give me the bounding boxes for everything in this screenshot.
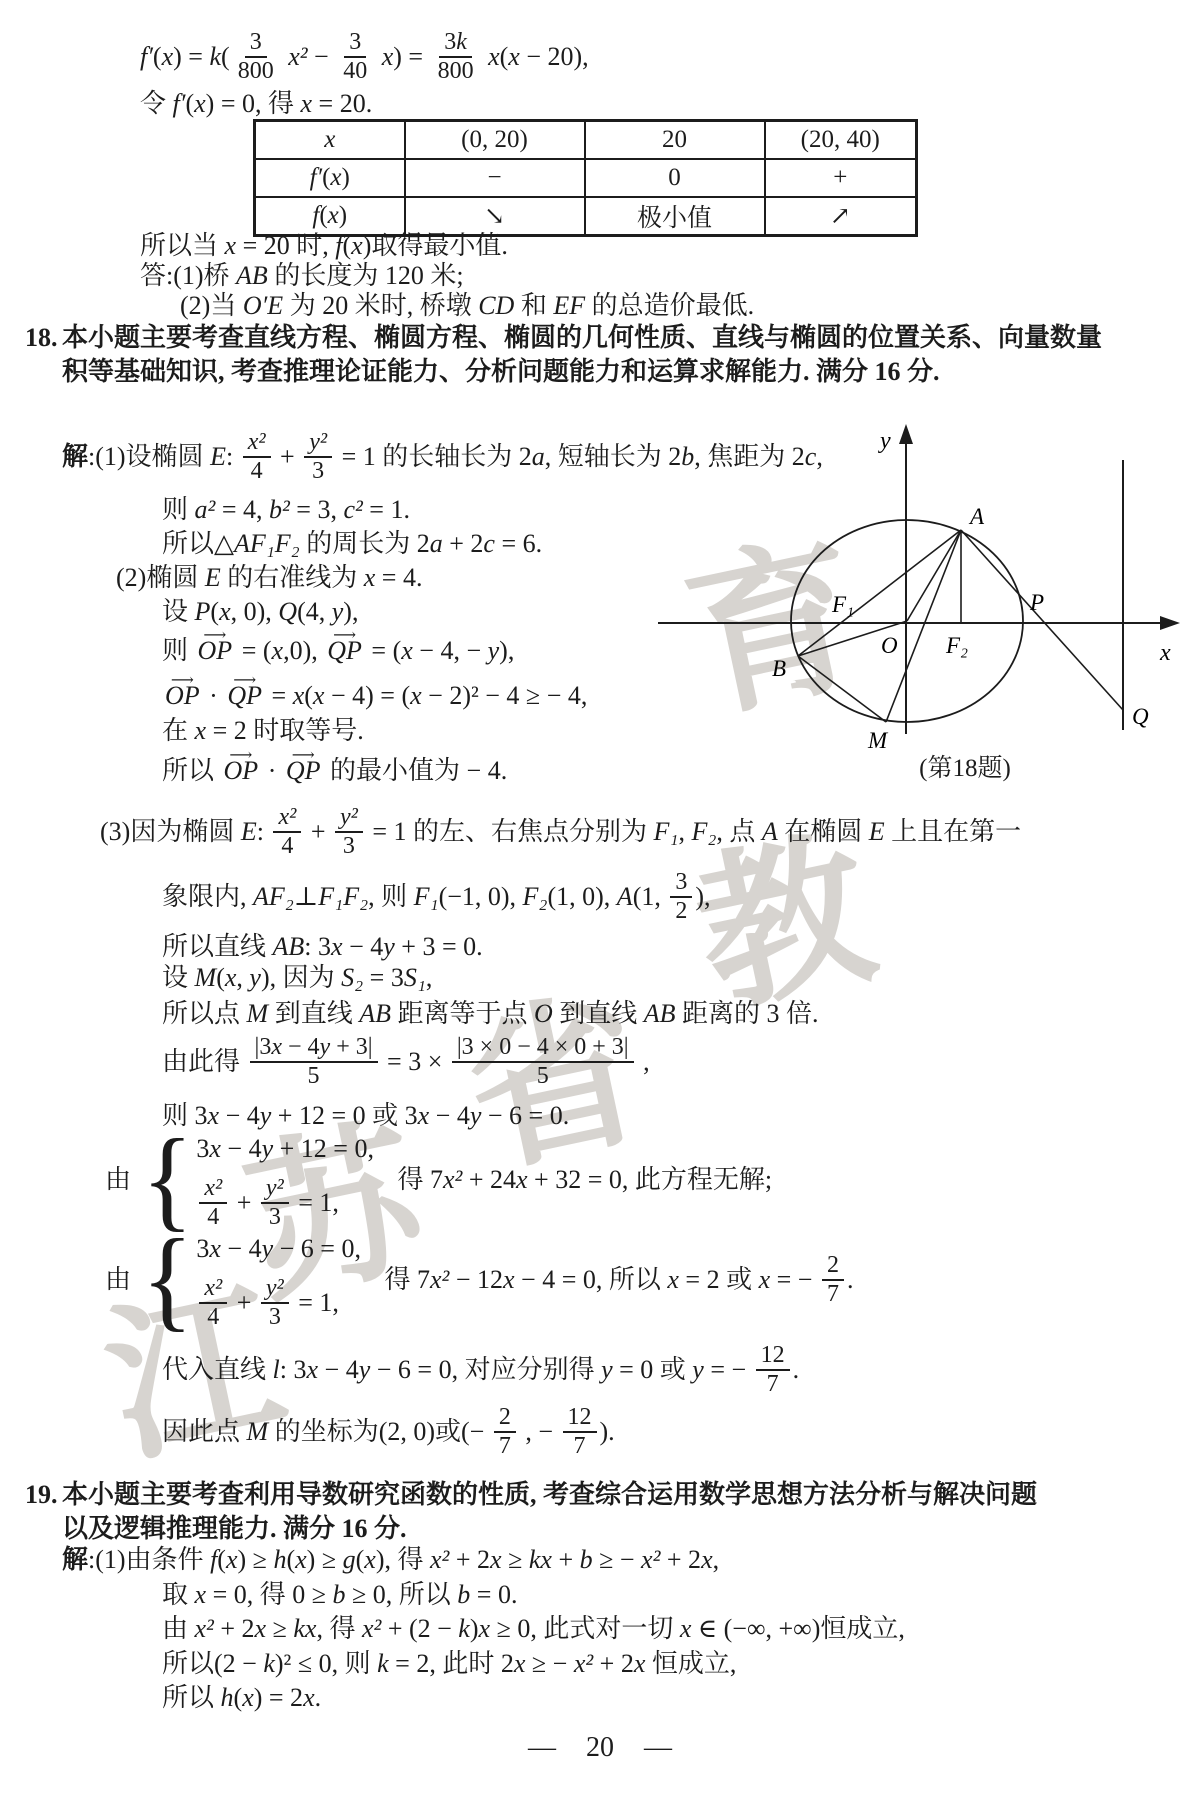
math-text: 象限内, AF₂⊥F₁F₂, 则 F₁(−1, 0), F₂(1, 0), A(… <box>162 877 667 917</box>
math-text: 所以 h(x) = 2x. <box>162 1678 321 1718</box>
math-fraction: x²4 <box>199 1275 227 1331</box>
math-text: 在 x = 2 时取等号. <box>162 711 364 751</box>
solution-line: 设 P(x, 0), Q(4, y), <box>162 592 358 632</box>
math-text: 由 <box>105 1260 138 1300</box>
math-fraction: |3x − 4y + 3|5 <box>250 1034 378 1090</box>
math-text: :(1)由条件 f(x) ≥ h(x) ≥ g(x), 得 x² + 2x ≥ … <box>88 1540 719 1580</box>
math-fraction: 127 <box>563 1404 597 1460</box>
x-axis-label: x <box>1159 640 1171 666</box>
math-cases: {3x − 4y + 12 = 0,x²4 + y²3 = 1, <box>142 1129 374 1231</box>
table-cell: − <box>405 159 585 197</box>
math-fraction: 340 <box>338 29 372 85</box>
table-cell: 20 <box>585 121 765 160</box>
math-fraction: |3 × 0 − 4 × 0 + 3|5 <box>452 1034 634 1090</box>
footer-dash: — <box>644 1732 672 1764</box>
derivative-formula-line: f′(x) = k(3800 x² − 340 x) = 3k800 x(x −… <box>140 26 589 88</box>
math-fraction: y²3 <box>335 804 363 860</box>
intro-text: 以及逻辑推理能力. 满分 16 分. <box>62 1514 407 1543</box>
math-text: 0 <box>668 164 681 191</box>
solution-line: 因此点 M 的坐标为(2, 0)或(− 27 , − 127). <box>162 1404 615 1460</box>
math-fraction: 3800 <box>233 29 279 85</box>
math-text: x) = <box>375 37 429 77</box>
table-cell: + <box>765 159 917 197</box>
math-text: + <box>230 1183 258 1223</box>
math-vector: ⟶QP <box>327 631 362 671</box>
problem-number: 18. <box>25 321 62 355</box>
math-text: 极小值 <box>637 205 712 232</box>
math-text: + <box>304 812 332 852</box>
math-text: 解 <box>62 1540 88 1580</box>
math-text: (0, 20) <box>461 126 528 153</box>
math-vector: ⟶OP <box>224 751 259 791</box>
math-vector: ⟶OP <box>198 631 233 671</box>
math-text: x(x − 20), <box>482 37 589 77</box>
table-row: f′(x) − 0 + <box>255 159 917 197</box>
solution-line: 所以(2 − k)² ≤ 0, 则 k = 2, 此时 2x ≥ − x² + … <box>162 1646 736 1682</box>
math-text: 代入直线 l: 3x − 4y − 6 = 0, 对应分别得 y = 0 或 y… <box>162 1350 753 1390</box>
y-axis-label: y <box>878 428 891 454</box>
math-text: 的最小值为 − 4. <box>324 751 508 791</box>
math-text: = 1 的长轴长为 2a, 短轴长为 2b, 焦距为 2c, <box>335 437 823 477</box>
solution-line: 由 {3x − 4y + 12 = 0,x²4 + y²3 = 1, 得 7x²… <box>105 1130 772 1230</box>
figure-caption: (第18题) <box>800 748 1130 784</box>
solution-line: 由 x² + 2x ≥ kx, 得 x² + (2 − k)x ≥ 0, 此式对… <box>162 1611 905 1647</box>
math-cases: {3x − 4y − 6 = 0,x²4 + y²3 = 1, <box>142 1229 361 1331</box>
math-text: 由此得 <box>162 1042 247 1082</box>
math-text: · <box>261 751 283 791</box>
math-text: 由 <box>105 1160 138 1200</box>
math-text: 得 7x² − 12x − 4 = 0, 所以 x = 2 或 x = − <box>365 1260 819 1300</box>
math-fraction: 27 <box>494 1404 516 1460</box>
point-B-label: B <box>772 656 786 681</box>
math-text: ). <box>600 1412 615 1452</box>
math-text: f′(x) = k( <box>140 37 230 77</box>
solution-line: 解:(1)由条件 f(x) ≥ h(x) ≥ g(x), 得 x² + 2x ≥… <box>62 1542 719 1578</box>
problem-18-intro: 18.本小题主要考查直线方程、椭圆方程、椭圆的几何性质、直线与椭圆的位置关系、向… <box>25 321 1180 389</box>
math-text: − <box>487 164 501 191</box>
solution-line: 解:(1)设椭圆 E: x²4 + y²3 = 1 的长轴长为 2a, 短轴长为… <box>62 426 823 488</box>
math-fraction: 127 <box>756 1342 790 1398</box>
footer-dash: — <box>528 1732 556 1764</box>
math-text: = (x − 4, − y), <box>365 631 514 671</box>
solution-line: 设 M(x, y), 因为 S₂ = 3S₁, <box>162 958 432 998</box>
page-footer: — 20 — <box>0 1732 1200 1764</box>
solution-line: 取 x = 0, 得 0 ≥ b ≥ 0, 所以 b = 0. <box>162 1577 517 1613</box>
math-text: 3x − 4y − 6 = 0, <box>196 1229 361 1269</box>
math-text: , <box>637 1042 650 1082</box>
solution-line: 所以 ⟶OP · ⟶QP 的最小值为 − 4. <box>162 750 507 792</box>
y-axis-arrow-icon <box>899 424 913 444</box>
math-text: = x(x − 4) = (x − 2)² − 4 ≥ − 4, <box>265 676 587 716</box>
math-text: f′(x) <box>310 164 350 191</box>
math-text: :(1)设椭圆 E: <box>88 437 240 477</box>
math-text: + <box>274 437 302 477</box>
intro-line: 积等基础知识, 考查推理论证能力、分析问题能力和运算求解能力. 满分 16 分. <box>25 355 1180 389</box>
segment-B-M <box>798 656 886 722</box>
origin-label: O <box>881 633 898 658</box>
solution-line: 所以 h(x) = 2x. <box>162 1680 321 1716</box>
solution-line: 在 x = 2 时取等号. <box>162 712 364 750</box>
math-vector: ⟶QP <box>227 676 262 716</box>
math-text: + <box>230 1283 258 1323</box>
math-fraction: 32 <box>670 869 692 925</box>
point-P-label: P <box>1029 590 1044 615</box>
focus-F1-label: F₁ <box>831 592 854 617</box>
solution-line: 代入直线 l: 3x − 4y − 6 = 0, 对应分别得 y = 0 或 y… <box>162 1342 799 1398</box>
segment-A-Q <box>961 530 1123 710</box>
math-text: + <box>833 164 847 191</box>
table-cell: f′(x) <box>255 159 405 197</box>
table-row: x (0, 20) 20 (20, 40) <box>255 121 917 160</box>
x-axis-arrow-icon <box>1160 616 1180 630</box>
intro-line: 18.本小题主要考查直线方程、椭圆方程、椭圆的几何性质、直线与椭圆的位置关系、向… <box>25 321 1180 355</box>
math-text: ), <box>695 877 710 917</box>
math-fraction: 27 <box>822 1252 844 1308</box>
math-text: (2)当 O′E 为 20 米时, 桥墩 CD 和 EF 的总造价最低. <box>180 286 754 326</box>
answer-line-2: (2)当 O′E 为 20 米时, 桥墩 CD 和 EF 的总造价最低. <box>180 287 754 325</box>
math-text: 所以 <box>162 751 221 791</box>
page-number: 20 <box>586 1732 614 1764</box>
math-text: 20 <box>662 126 687 153</box>
math-text: (3)因为椭圆 E: <box>100 812 270 852</box>
intro-text: 本小题主要考查利用导数研究函数的性质, 考查综合运用数学思想方法分析与解决问题 <box>62 1480 1037 1509</box>
math-text: = 1, <box>292 1283 339 1323</box>
math-fraction: x²4 <box>199 1175 227 1231</box>
math-fraction: x²4 <box>273 804 301 860</box>
table-cell: x <box>255 121 405 160</box>
math-vector: ⟶OP <box>165 676 200 716</box>
math-text: x <box>324 126 335 153</box>
math-fraction: x²4 <box>243 429 271 485</box>
solution-line: 则 ⟶OP = (x,0), ⟶QP = (x − 4, − y), <box>162 630 514 672</box>
math-fraction: y²3 <box>261 1275 289 1331</box>
table-cell: 极小值 <box>585 197 765 236</box>
solution-line: 由此得 |3x − 4y + 3|5 = 3 × |3 × 0 − 4 × 0 … <box>162 1028 650 1096</box>
solution-line: 由 {3x − 4y − 6 = 0,x²4 + y²3 = 1, 得 7x² … <box>105 1230 853 1330</box>
intro-text: 积等基础知识, 考查推理论证能力、分析问题能力和运算求解能力. 满分 16 分. <box>62 357 940 386</box>
math-text: . <box>793 1350 800 1390</box>
table-cell: (20, 40) <box>765 121 917 160</box>
math-fraction: y²3 <box>304 429 332 485</box>
math-fraction: 3k800 <box>433 29 479 85</box>
point-A-label: A <box>968 504 985 529</box>
math-text: . <box>847 1260 854 1300</box>
set-derivative-zero-line: 令 f′(x) = 0, 得 x = 20. <box>140 86 372 122</box>
math-text: 解 <box>62 437 88 477</box>
solution-line: (3)因为椭圆 E: x²4 + y²3 = 1 的左、右焦点分别为 F₁, F… <box>100 800 1021 864</box>
problem-number: 19. <box>25 1478 62 1512</box>
math-text: 设 M(x, y), 因为 S₂ = 3S₁, <box>162 958 432 998</box>
math-text: 因此点 M 的坐标为(2, 0)或(− <box>162 1412 491 1452</box>
math-text: ↗ <box>830 203 851 230</box>
focus-F2-label: F₂ <box>945 633 968 658</box>
intro-text: 本小题主要考查直线方程、椭圆方程、椭圆的几何性质、直线与椭圆的位置关系、向量数量 <box>62 323 1102 352</box>
math-text: = 3 × <box>381 1042 449 1082</box>
math-text: f(x) <box>312 202 347 229</box>
math-text: 令 f′(x) = 0, 得 x = 20. <box>140 84 372 124</box>
point-Q-label: Q <box>1132 704 1149 729</box>
segment-A-O <box>907 530 961 621</box>
math-text: x² − <box>282 37 336 77</box>
solution-line: 象限内, AF₂⊥F₁F₂, 则 F₁(−1, 0), F₂(1, 0), A(… <box>162 865 711 929</box>
math-text: 由 x² + 2x ≥ kx, 得 x² + (2 − k)x ≥ 0, 此式对… <box>162 1609 905 1649</box>
math-text: (20, 40) <box>801 126 880 153</box>
math-text: 得 7x² + 24x + 32 = 0, 此方程无解; <box>378 1160 772 1200</box>
table-cell: (0, 20) <box>405 121 585 160</box>
math-text: = 1, <box>292 1183 339 1223</box>
table-cell: 0 <box>585 159 765 197</box>
math-fraction: y²3 <box>261 1175 289 1231</box>
math-text: 3x − 4y + 12 = 0, <box>196 1129 374 1169</box>
problem-19-intro: 19.本小题主要考查利用导数研究函数的性质, 考查综合运用数学思想方法分析与解决… <box>25 1478 1180 1546</box>
math-text: , − <box>519 1412 560 1452</box>
intro-line: 19.本小题主要考查利用导数研究函数的性质, 考查综合运用数学思想方法分析与解决… <box>25 1478 1180 1512</box>
math-text: = 1 的左、右焦点分别为 F₁, F₂, 点 A 在椭圆 E 上且在第一 <box>366 812 1021 852</box>
math-vector: ⟶QP <box>286 751 321 791</box>
math-text: · <box>203 676 225 716</box>
increasing-arrow-icon: ↗ <box>765 197 917 236</box>
math-text: 设 P(x, 0), Q(4, y), <box>162 592 358 632</box>
variation-table: x (0, 20) 20 (20, 40) f′(x) − 0 + f(x) ↘… <box>253 119 918 237</box>
